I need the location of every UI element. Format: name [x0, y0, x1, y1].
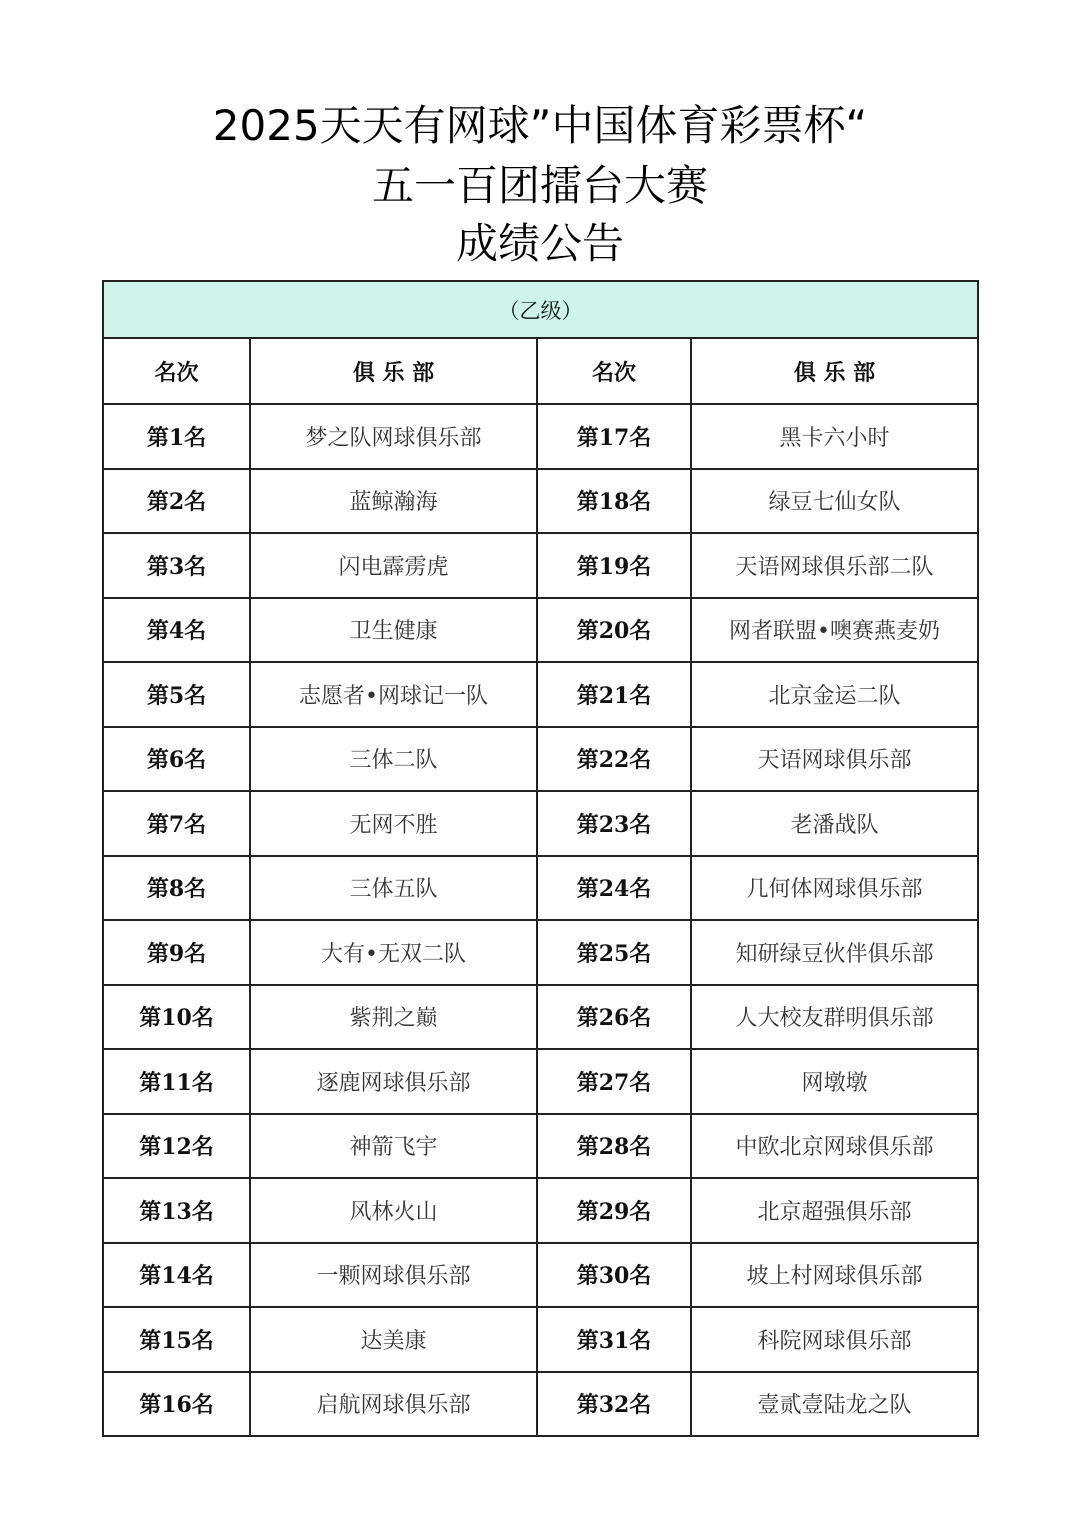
column-header-club-left: 俱 乐 部 — [250, 338, 537, 404]
table-row: 第14名一颗网球俱乐部第30名坡上村网球俱乐部 — [103, 1243, 978, 1308]
rank-left-cell: 第2名 — [103, 469, 250, 534]
club-left-cell: 蓝鲸瀚海 — [250, 469, 537, 534]
rank-right-cell: 第23名 — [537, 791, 691, 856]
rank-left-cell: 第12名 — [103, 1114, 250, 1179]
division-label: （乙级） — [103, 281, 978, 338]
rank-right-cell: 第17名 — [537, 404, 691, 469]
rank-left-cell: 第15名 — [103, 1307, 250, 1372]
table-row: 第1名梦之队网球俱乐部第17名黑卡六小时 — [103, 404, 978, 469]
table-row: 第2名蓝鲸瀚海第18名绿豆七仙女队 — [103, 469, 978, 534]
rank-right-cell: 第18名 — [537, 469, 691, 534]
club-right-cell: 黑卡六小时 — [691, 404, 978, 469]
rank-right-cell: 第24名 — [537, 856, 691, 921]
club-left-cell: 无网不胜 — [250, 791, 537, 856]
rank-right-cell: 第32名 — [537, 1372, 691, 1437]
club-right-cell: 中欧北京网球俱乐部 — [691, 1114, 978, 1179]
club-left-cell: 逐鹿网球俱乐部 — [250, 1049, 537, 1114]
club-left-cell: 一颗网球俱乐部 — [250, 1243, 537, 1308]
rank-right-cell: 第20名 — [537, 598, 691, 663]
club-right-cell: 壹贰壹陆龙之队 — [691, 1372, 978, 1437]
club-right-cell: 天语网球俱乐部 — [691, 727, 978, 792]
club-right-cell: 网墩墩 — [691, 1049, 978, 1114]
club-right-cell: 知研绿豆伙伴俱乐部 — [691, 920, 978, 985]
column-header-rank-left: 名次 — [103, 338, 250, 404]
rank-right-cell: 第30名 — [537, 1243, 691, 1308]
rank-left-cell: 第16名 — [103, 1372, 250, 1437]
club-right-cell: 天语网球俱乐部二队 — [691, 533, 978, 598]
rank-left-cell: 第14名 — [103, 1243, 250, 1308]
table-row: 第9名大有•无双二队第25名知研绿豆伙伴俱乐部 — [103, 920, 978, 985]
club-left-cell: 大有•无双二队 — [250, 920, 537, 985]
club-left-cell: 启航网球俱乐部 — [250, 1372, 537, 1437]
club-left-cell: 三体五队 — [250, 856, 537, 921]
club-right-cell: 坡上村网球俱乐部 — [691, 1243, 978, 1308]
rank-left-cell: 第5名 — [103, 662, 250, 727]
table-row: 第4名卫生健康第20名网者联盟•噢赛燕麦奶 — [103, 598, 978, 663]
table-row: 第15名达美康第31名科院网球俱乐部 — [103, 1307, 978, 1372]
club-left-cell: 风林火山 — [250, 1178, 537, 1243]
club-left-cell: 闪电霹雳虎 — [250, 533, 537, 598]
results-table: （乙级） 名次 俱 乐 部 名次 俱 乐 部 第1名梦之队网球俱乐部第17名黑卡… — [102, 280, 979, 1437]
club-left-cell: 紫荆之巅 — [250, 985, 537, 1050]
rank-right-cell: 第27名 — [537, 1049, 691, 1114]
club-left-cell: 达美康 — [250, 1307, 537, 1372]
club-right-cell: 人大校友群明俱乐部 — [691, 985, 978, 1050]
club-left-cell: 三体二队 — [250, 727, 537, 792]
column-header-club-right: 俱 乐 部 — [691, 338, 978, 404]
rank-right-cell: 第22名 — [537, 727, 691, 792]
rank-right-cell: 第29名 — [537, 1178, 691, 1243]
table-row: 第10名紫荆之巅第26名人大校友群明俱乐部 — [103, 985, 978, 1050]
table-row: 第8名三体五队第24名几何体网球俱乐部 — [103, 856, 978, 921]
title-line-3: 成绩公告 — [0, 218, 1080, 270]
rank-left-cell: 第13名 — [103, 1178, 250, 1243]
table-row: 第16名启航网球俱乐部第32名壹贰壹陆龙之队 — [103, 1372, 978, 1437]
club-left-cell: 卫生健康 — [250, 598, 537, 663]
rank-right-cell: 第26名 — [537, 985, 691, 1050]
rank-right-cell: 第28名 — [537, 1114, 691, 1179]
club-right-cell: 北京金运二队 — [691, 662, 978, 727]
club-left-cell: 志愿者•网球记一队 — [250, 662, 537, 727]
rank-left-cell: 第7名 — [103, 791, 250, 856]
rank-left-cell: 第10名 — [103, 985, 250, 1050]
club-left-cell: 神箭飞宇 — [250, 1114, 537, 1179]
rank-right-cell: 第31名 — [537, 1307, 691, 1372]
club-right-cell: 科院网球俱乐部 — [691, 1307, 978, 1372]
table-row: 第6名三体二队第22名天语网球俱乐部 — [103, 727, 978, 792]
club-right-cell: 几何体网球俱乐部 — [691, 856, 978, 921]
table-row: 第3名闪电霹雳虎第19名天语网球俱乐部二队 — [103, 533, 978, 598]
title-line-1: 2025天天有网球”中国体育彩票杯“ — [0, 100, 1080, 152]
rank-left-cell: 第9名 — [103, 920, 250, 985]
rank-right-cell: 第21名 — [537, 662, 691, 727]
rank-left-cell: 第1名 — [103, 404, 250, 469]
title-line-2: 五一百团擂台大赛 — [0, 160, 1080, 212]
club-right-cell: 北京超强俱乐部 — [691, 1178, 978, 1243]
rank-left-cell: 第3名 — [103, 533, 250, 598]
table-row: 第12名神箭飞宇第28名中欧北京网球俱乐部 — [103, 1114, 978, 1179]
table-row: 第5名志愿者•网球记一队第21名北京金运二队 — [103, 662, 978, 727]
column-header-row: 名次 俱 乐 部 名次 俱 乐 部 — [103, 338, 978, 404]
rank-right-cell: 第19名 — [537, 533, 691, 598]
club-right-cell: 老潘战队 — [691, 791, 978, 856]
rank-left-cell: 第6名 — [103, 727, 250, 792]
table-row: 第11名逐鹿网球俱乐部第27名网墩墩 — [103, 1049, 978, 1114]
table-row: 第7名无网不胜第23名老潘战队 — [103, 791, 978, 856]
club-right-cell: 网者联盟•噢赛燕麦奶 — [691, 598, 978, 663]
rank-left-cell: 第11名 — [103, 1049, 250, 1114]
rank-left-cell: 第8名 — [103, 856, 250, 921]
club-right-cell: 绿豆七仙女队 — [691, 469, 978, 534]
column-header-rank-right: 名次 — [537, 338, 691, 404]
table-row: 第13名风林火山第29名北京超强俱乐部 — [103, 1178, 978, 1243]
rank-left-cell: 第4名 — [103, 598, 250, 663]
rank-right-cell: 第25名 — [537, 920, 691, 985]
club-left-cell: 梦之队网球俱乐部 — [250, 404, 537, 469]
